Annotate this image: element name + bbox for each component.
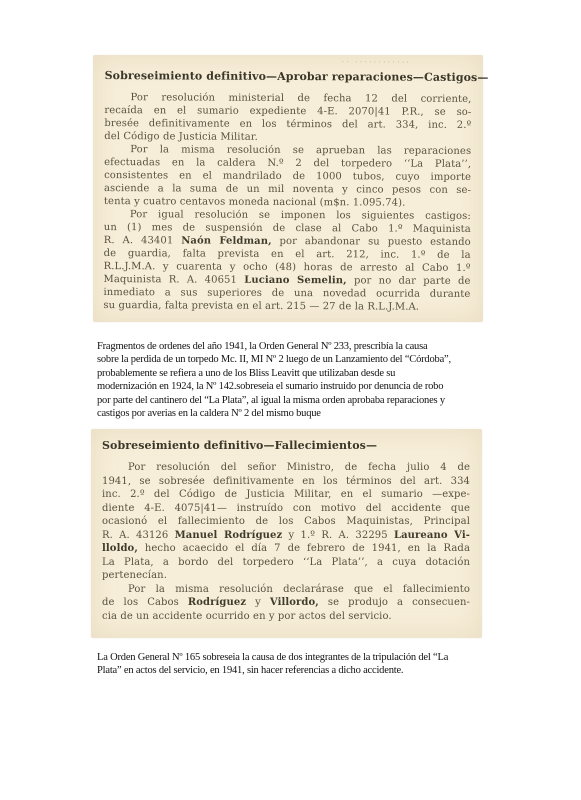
scan-text-line: de los Cabos Rodríguez y Villordo, se pr…: [102, 596, 470, 610]
caption-line: Plata” en actos del servicio, en 1941, s…: [97, 664, 448, 677]
scan-text-line: Por resolución del señor Ministro, de fe…: [102, 461, 470, 475]
caption-line: La Orden General Nº 165 sobreseia la cau…: [97, 651, 448, 664]
scan-text-line: La Plata, a bordo del torpedero ‘‘La Pla…: [102, 556, 470, 570]
scan2-body: Por resolución del señor Ministro, de fe…: [102, 461, 470, 623]
scan-text-line: inc. 2.º del Código de Justicia Militar,…: [102, 488, 470, 502]
document-page: ·· ············ Sobreseimiento definitiv…: [0, 0, 581, 800]
scan-text-line: Por la misma resolución declarárase que …: [102, 583, 470, 597]
scan2-content: Sobreseimiento definitivo—Fallecimientos…: [102, 439, 470, 623]
scan1-content: ·· ············ Sobreseimiento definitiv…: [103, 69, 471, 314]
scan1-heading: Sobreseimiento definitivo—Aprobar repara…: [105, 69, 472, 84]
scan-text-line: diente 4-E. 4075|41— instruído con motiv…: [102, 502, 470, 516]
caption-line: Fragmentos de ordenes del año 1941, la O…: [97, 340, 451, 353]
scan-text-line: ocasionó el fallecimiento de los Cabos M…: [102, 515, 470, 529]
scan-text-line: 1941, se sobresée definitivamente en los…: [102, 475, 470, 489]
scan1-body: Por resolución ministerial de fecha 12 d…: [103, 91, 471, 314]
scan-text-line: lloldo, hecho acaecido el día 7 de febre…: [102, 542, 470, 556]
scan2-heading: Sobreseimiento definitivo—Fallecimientos…: [102, 439, 470, 452]
caption-paragraph-1: Fragmentos de ordenes del año 1941, la O…: [97, 340, 451, 420]
scan-text-line: cia de un accidente ocurrido en y por ac…: [102, 610, 470, 624]
scan-text-line: su guardia, falta prevista en el art. 21…: [103, 299, 470, 314]
scanned-order-fragment-1: ·· ············ Sobreseimiento definitiv…: [93, 55, 483, 322]
scan-text-line: pertenecían.: [102, 569, 470, 583]
scan1-cutoff-text-fragment: ·· ············: [342, 57, 411, 66]
caption-line: modernización en 1924, la Nº 142.sobrese…: [97, 380, 451, 393]
caption-line: por parte del cantinero del “La Plata”, …: [97, 394, 451, 407]
scanned-order-fragment-2: Sobreseimiento definitivo—Fallecimientos…: [91, 429, 482, 638]
caption-line: probablemente se refiera a uno de los Bl…: [97, 367, 451, 380]
caption-paragraph-2: La Orden General Nº 165 sobreseia la cau…: [97, 651, 448, 678]
caption-line: sobre la perdida de un torpedo Mc. II, M…: [97, 353, 451, 366]
caption-line: castigos por averias en la caldera Nº 2 …: [97, 407, 451, 420]
scan-text-line: R. A. 43126 Manuel Rodríguez y 1.º R. A.…: [102, 529, 470, 543]
